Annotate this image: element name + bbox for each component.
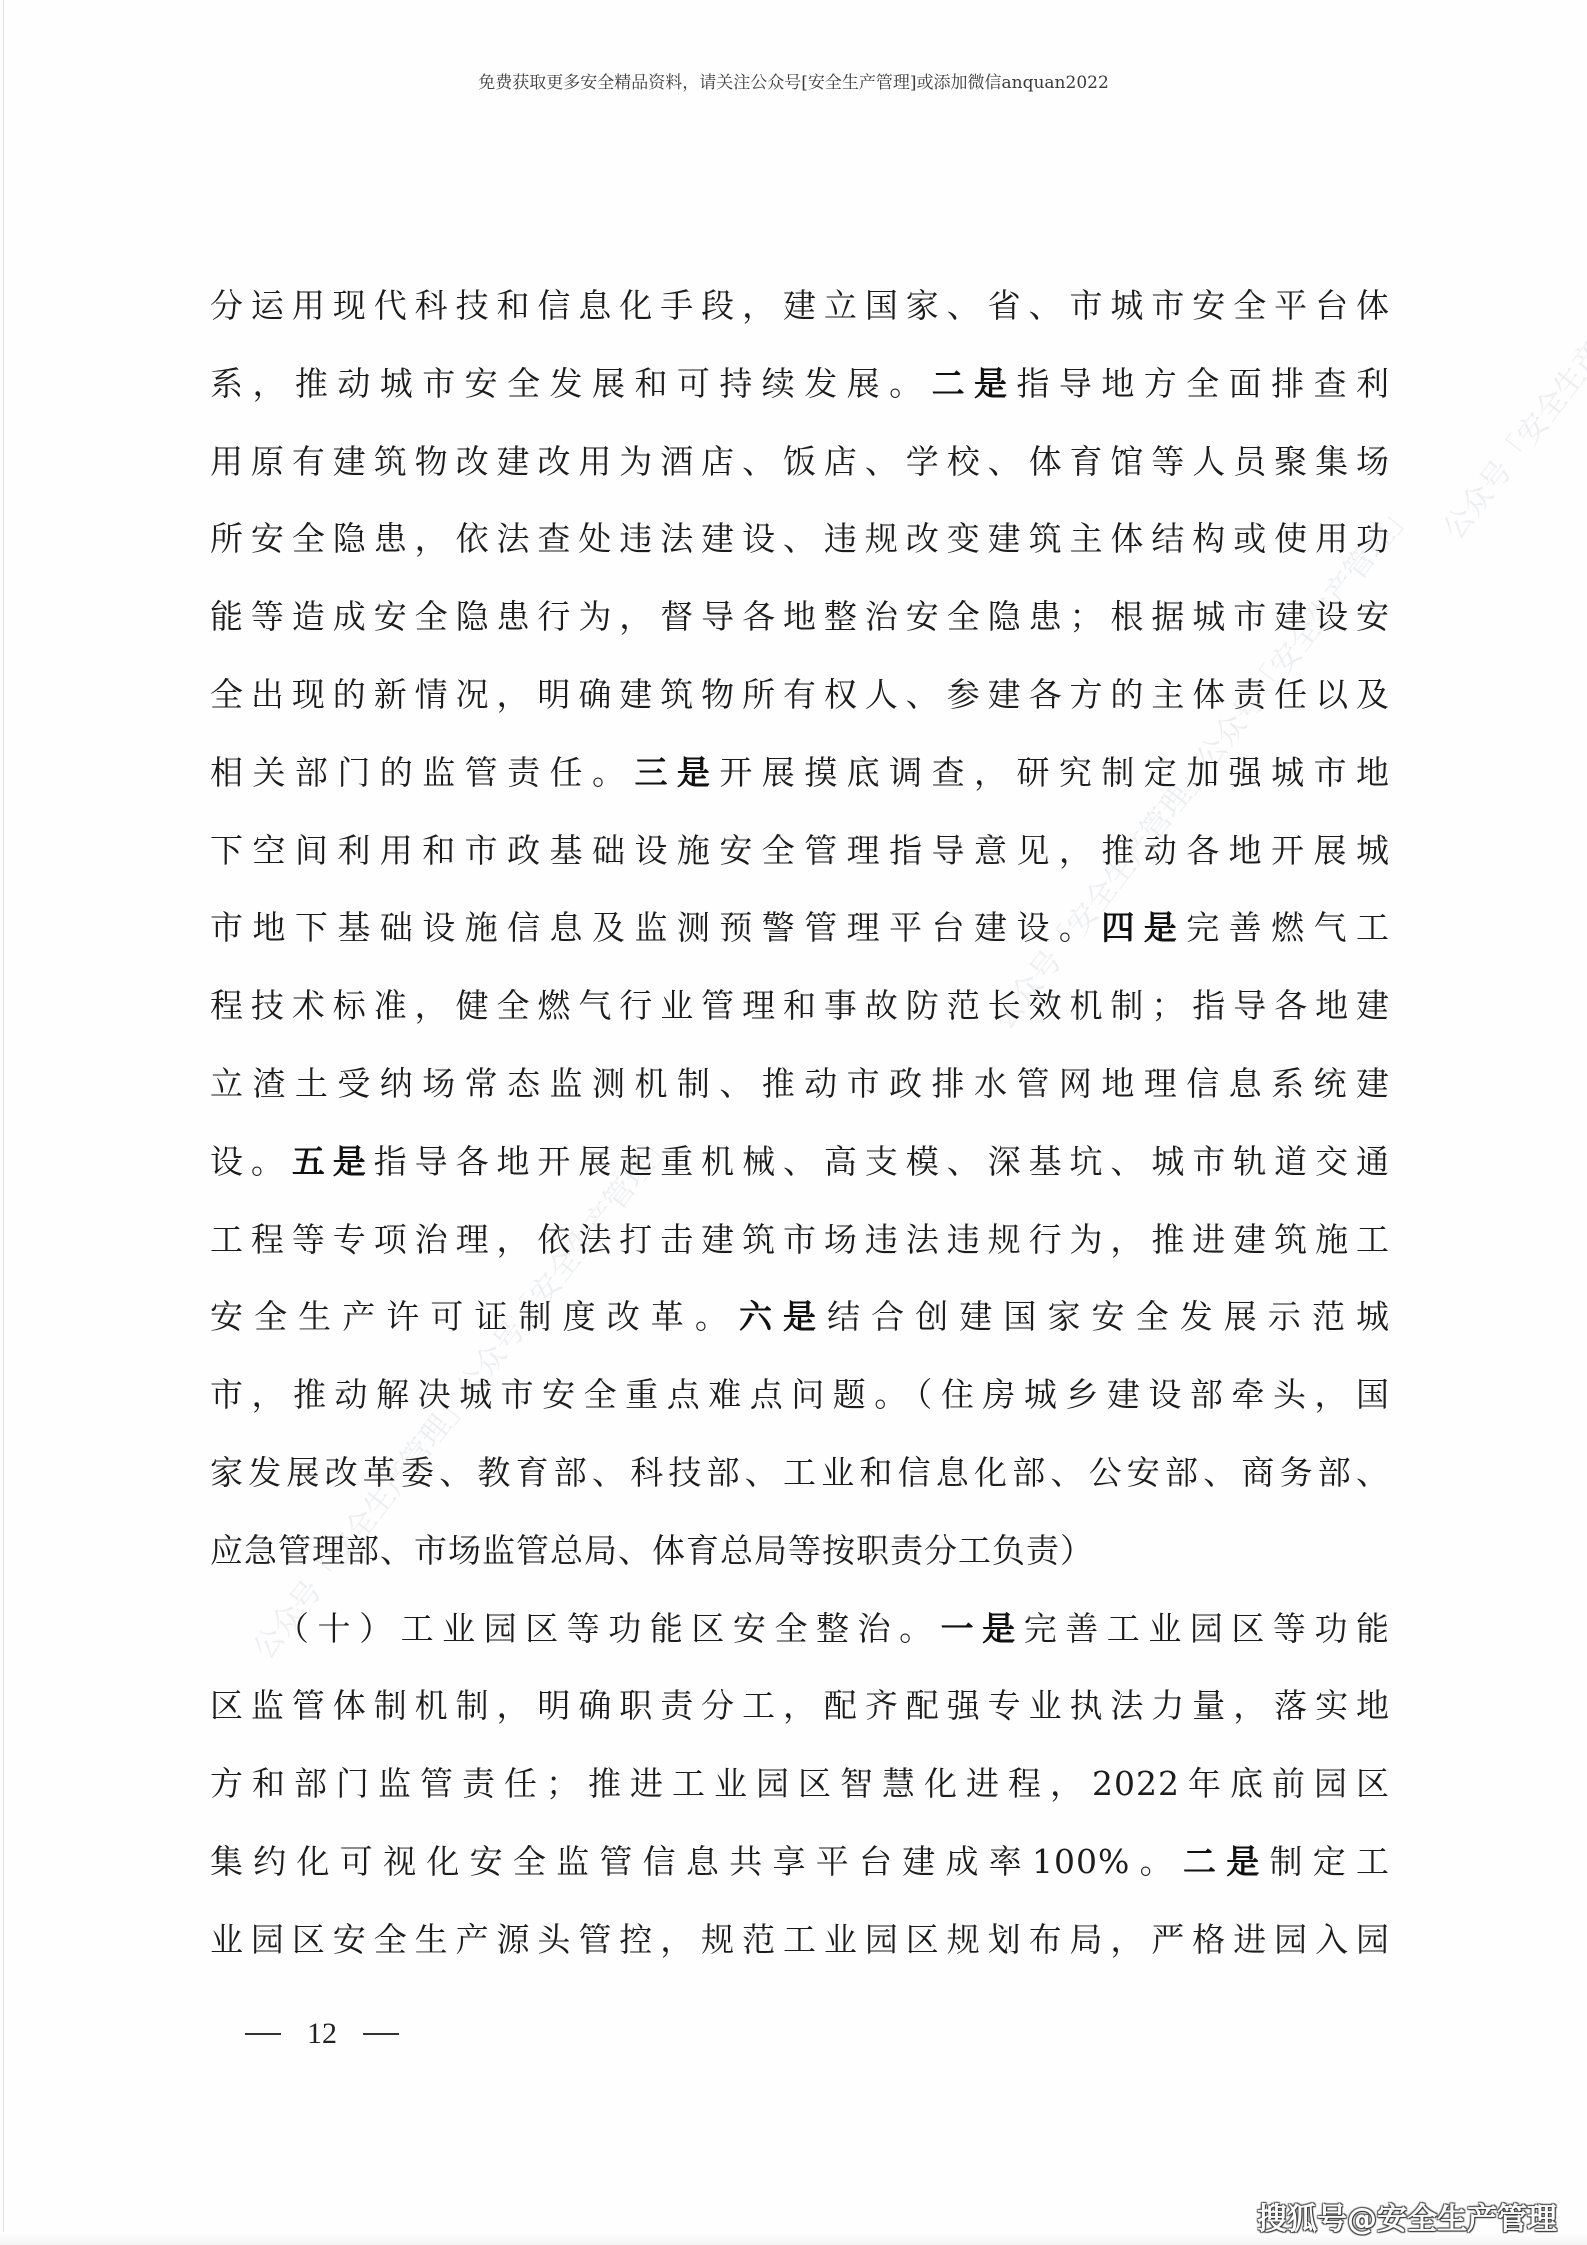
text-run: （十）工业园区等功能区安全整治。	[276, 1609, 941, 1648]
text-line: 全出现的新情况，明确建筑物所有权人、参建各方的主体责任以及	[210, 665, 1390, 743]
text-run: 完善工业园区等功能	[1024, 1609, 1390, 1648]
text-line: 相关部门的监管责任。三是开展摸底调查，研究制定加强城市地	[210, 743, 1390, 821]
bold-ordinal: 四是	[1101, 908, 1186, 947]
text-line: 区监管体制机制，明确职责分工，配齐配强专业执法力量，落实地	[210, 1676, 1390, 1754]
bold-ordinal: 六是	[739, 1297, 827, 1336]
text-line: 集约化可视化安全监管信息共享平台建成率100%。二是制定工	[210, 1832, 1390, 1910]
text-line: 程技术标准，健全燃气行业管理和事故防范长效机制；指导各地建	[210, 976, 1390, 1054]
text-line: 所安全隐患，依法查处违法建设、违规改变建筑主体结构或使用功	[210, 509, 1390, 587]
text-line: 立渣土受纳场常态监测机制、推动市政排水管网地理信息系统建	[210, 1054, 1390, 1132]
text-run: 开展摸底调查，研究制定加强城市地	[719, 753, 1390, 792]
text-run: 区监管体制机制，明确职责分工，配齐配强专业执法力量，落实地	[210, 1686, 1390, 1725]
text-line: 设。五是指导各地开展起重机械、高支模、深基坑、城市轨道交通	[210, 1132, 1390, 1210]
text-run: 结合创建国家安全发展示范城	[827, 1297, 1390, 1336]
text-run: 全出现的新情况，明确建筑物所有权人、参建各方的主体责任以及	[210, 675, 1390, 714]
text-run: 分运用现代科技和信息化手段，建立国家、省、市城市安全平台体	[210, 286, 1390, 325]
text-line: 方和部门监管责任；推进工业园区智慧化进程，2022年底前园区	[210, 1754, 1390, 1832]
text-run: 立渣土受纳场常态监测机制、推动市政排水管网地理信息系统建	[210, 1064, 1390, 1103]
text-line: 能等造成安全隐患行为，督导各地整治安全隐患；根据城市建设安	[210, 587, 1390, 665]
dash-right	[363, 2033, 399, 2035]
text-line: 分运用现代科技和信息化手段，建立国家、省、市城市安全平台体	[210, 276, 1390, 354]
text-line: （十）工业园区等功能区安全整治。一是完善工业园区等功能	[210, 1599, 1390, 1677]
text-line: 市地下基础设施信息及监测预警管理平台建设。四是完善燃气工	[210, 898, 1390, 976]
text-run: 安全生产许可证制度改革。	[210, 1297, 739, 1336]
body-text: 分运用现代科技和信息化手段，建立国家、省、市城市安全平台体系，推动城市安全发展和…	[210, 276, 1390, 1988]
text-line: 应急管理部、市场监管总局、体育总局等按职责分工负责）	[210, 1521, 1390, 1599]
scan-edge	[3, 0, 4, 2245]
text-line: 用原有建筑物改建改用为酒店、饭店、学校、体育馆等人员聚集场	[210, 432, 1390, 510]
source-badge: 搜狐号@安全生产管理	[1257, 2194, 1557, 2238]
page-number: 12	[245, 2017, 399, 2051]
bold-ordinal: 二是	[932, 364, 1017, 403]
bold-ordinal: 一是	[941, 1609, 1024, 1648]
bold-ordinal: 五是	[292, 1142, 374, 1181]
text-line: 工程等专项治理，依法打击建筑市场违法违规行为，推进建筑施工	[210, 1210, 1390, 1288]
text-run: 方和部门监管责任；推进工业园区智慧化进程，2022年底前园区	[210, 1764, 1390, 1803]
text-line: 家发展改革委、教育部、科技部、工业和信息化部、公安部、商务部、	[210, 1443, 1390, 1521]
text-run: 下空间利用和市政基础设施安全管理指导意见，推动各地开展城	[210, 831, 1390, 870]
text-line: 系，推动城市安全发展和可持续发展。二是指导地方全面排查利	[210, 354, 1390, 432]
text-run: 应急管理部、市场监管总局、体育总局等按职责分工负责）	[210, 1531, 1094, 1570]
text-run: 家发展改革委、教育部、科技部、工业和信息化部、公安部、商务部、	[210, 1453, 1390, 1492]
text-run: 市，推动解决城市安全重点难点问题。（住房城乡建设部牵头，国	[210, 1375, 1390, 1414]
text-run: 用原有建筑物改建改用为酒店、饭店、学校、体育馆等人员聚集场	[210, 442, 1390, 481]
text-run: 工程等专项治理，依法打击建筑市场违法违规行为，推进建筑施工	[210, 1220, 1390, 1259]
text-run: 能等造成安全隐患行为，督导各地整治安全隐患；根据城市建设安	[210, 597, 1390, 636]
text-run: 指导各地开展起重机械、高支模、深基坑、城市轨道交通	[374, 1142, 1390, 1181]
text-line: 安全生产许可证制度改革。六是结合创建国家安全发展示范城	[210, 1287, 1390, 1365]
text-line: 下空间利用和市政基础设施安全管理指导意见，推动各地开展城	[210, 821, 1390, 899]
page-number-value: 12	[307, 2017, 337, 2051]
text-run: 程技术标准，健全燃气行业管理和事故防范长效机制；指导各地建	[210, 986, 1390, 1025]
text-run: 集约化可视化安全监管信息共享平台建成率100%。	[210, 1842, 1183, 1881]
text-run: 指导地方全面排查利	[1016, 364, 1390, 403]
text-run: 制定工	[1269, 1842, 1390, 1881]
document-page: 免费获取更多安全精品资料，请关注公众号[安全生产管理]或添加微信anquan20…	[0, 0, 1587, 2245]
bold-ordinal: 三是	[634, 753, 719, 792]
text-line: 市，推动解决城市安全重点难点问题。（住房城乡建设部牵头，国	[210, 1365, 1390, 1443]
text-run: 市地下基础设施信息及监测预警管理平台建设。	[210, 908, 1101, 947]
dash-left	[245, 2033, 281, 2035]
text-run: 相关部门的监管责任。	[210, 753, 634, 792]
text-run: 所安全隐患，依法查处违法建设、违规改变建筑主体结构或使用功	[210, 519, 1390, 558]
bold-ordinal: 二是	[1183, 1842, 1270, 1881]
text-run: 业园区安全生产源头管控，规范工业园区规划布局，严格进园入园	[210, 1920, 1390, 1959]
text-run: 系，推动城市安全发展和可持续发展。	[210, 364, 932, 403]
text-line: 业园区安全生产源头管控，规范工业园区规划布局，严格进园入园	[210, 1910, 1390, 1988]
header-promo-note: 免费获取更多安全精品资料，请关注公众号[安全生产管理]或添加微信anquan20…	[0, 68, 1587, 93]
text-run: 设。	[210, 1142, 292, 1181]
text-run: 完善燃气工	[1186, 908, 1390, 947]
